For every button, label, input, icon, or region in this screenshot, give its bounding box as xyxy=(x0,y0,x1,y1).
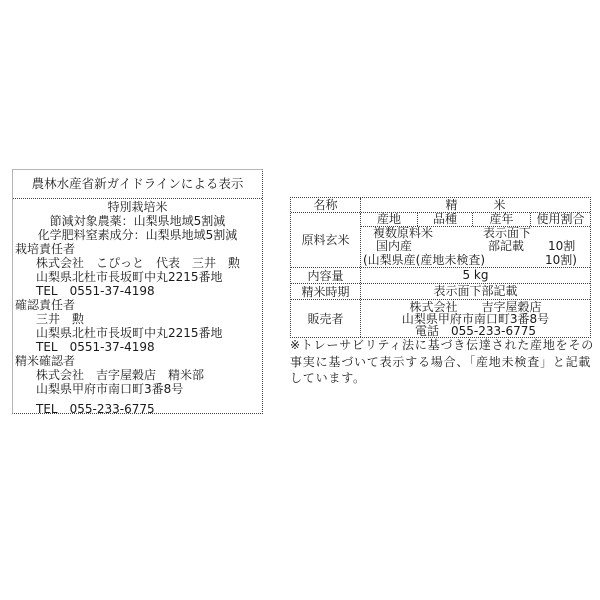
ratio-value-1: 10割 xyxy=(548,240,575,254)
milling-date-label: 精米時期 xyxy=(291,284,361,299)
miller-tel-line: TEL 055-233-6775 xyxy=(13,402,262,416)
origin-column-header: 産地 xyxy=(361,213,417,226)
rice-label-table: 名称 精 米 原料玄米 産地 品種 産年 使用割合 複数原料米 表示面下 国内産… xyxy=(290,197,591,338)
name-label: 名称 xyxy=(291,198,361,212)
grower-tel-line: TEL 0551-37-4198 xyxy=(13,284,262,298)
ratio-column-header: 使用割合 xyxy=(530,213,590,226)
traceability-note-line-2: 事実に基づいて表示する場合、「産地未検査」と記載 xyxy=(290,354,594,371)
milling-date-row: 精米時期 表示面下部記載 xyxy=(291,283,590,299)
miller-company-line: 株式会社 吉字屋穀店 精米部 xyxy=(13,368,262,382)
raw-rice-details: 産地 品種 産年 使用割合 複数原料米 表示面下 国内産 部記載 10割 (山梨… xyxy=(361,213,590,267)
confirmer-address-line: 山梨県北杜市長坂町中丸2215番地 xyxy=(13,326,262,340)
grower-heading: 栽培責任者 xyxy=(13,242,262,256)
miller-address-line: 山梨県甲府市南口町3番8号 xyxy=(13,382,262,396)
fertilizer-reduction-line: 化学肥料窒素成分：山梨県地域5割減 xyxy=(13,228,262,242)
net-content-label: 内容量 xyxy=(291,268,361,283)
raw-rice-line-2: 国内産 部記載 10割 xyxy=(361,240,590,253)
traceability-note: ※トレーサビリティ法に基づき伝達された産地をその 事実に基づいて表示する場合、「… xyxy=(290,337,594,387)
distributor-row: 販売者 株式会社 吉字屋穀店 山梨県甲府市南口町3番8号 電話 055-233-… xyxy=(291,299,590,337)
traceability-note-line-3: しています。 xyxy=(290,370,594,387)
guideline-panel-body: 特別栽培米 節減対象農薬：山梨県地域5割減 化学肥料窒素成分：山梨県地域5割減 … xyxy=(13,199,262,416)
name-value: 精 米 xyxy=(361,198,590,212)
domestic-origin-text: 国内産 xyxy=(376,240,412,254)
miller-heading: 精米確認者 xyxy=(13,354,262,368)
grower-company-line: 株式会社 こぴっと 代表 三井 勲 xyxy=(13,256,262,270)
raw-rice-line-3: (山梨県産(産地未検査) 10割) xyxy=(361,254,590,267)
raw-rice-column-headers: 産地 品種 産年 使用割合 xyxy=(361,213,590,227)
display-note-part-2: 部記載 xyxy=(488,240,524,254)
raw-rice-label: 原料玄米 xyxy=(291,213,361,267)
distributor-details: 株式会社 吉字屋穀店 山梨県甲府市南口町3番8号 電話 055-233-6775 xyxy=(361,300,590,337)
yamanashi-origin-text: (山梨県産(産地未検査) xyxy=(363,254,485,268)
distributor-label: 販売者 xyxy=(291,300,361,337)
confirmer-heading: 確認責任者 xyxy=(13,298,262,312)
name-row: 名称 精 米 xyxy=(291,198,590,212)
confirmer-tel-line: TEL 0551-37-4198 xyxy=(13,340,262,354)
distributor-phone-line: 電話 055-233-6775 xyxy=(361,325,590,337)
cultivation-type-line: 特別栽培米 xyxy=(13,200,262,214)
traceability-note-line-1: ※トレーサビリティ法に基づき伝達された産地をその xyxy=(290,337,594,354)
ratio-value-2: 10割) xyxy=(545,254,577,268)
maff-guideline-panel: 農林水産省新ガイドラインによる表示 特別栽培米 節減対象農薬：山梨県地域5割減 … xyxy=(12,169,263,414)
milling-date-value: 表示面下部記載 xyxy=(361,284,590,299)
net-content-row: 内容量 5 kg xyxy=(291,267,590,283)
guideline-panel-title: 農林水産省新ガイドラインによる表示 xyxy=(13,170,262,199)
product-label-image: 農林水産省新ガイドラインによる表示 特別栽培米 節減対象農薬：山梨県地域5割減 … xyxy=(0,0,600,600)
pesticide-reduction-line: 節減対象農薬：山梨県地域5割減 xyxy=(13,214,262,228)
confirmer-name-line: 三井 勲 xyxy=(13,312,262,326)
net-content-value: 5 kg xyxy=(361,268,590,283)
variety-column-header: 品種 xyxy=(417,213,472,226)
year-column-header: 産年 xyxy=(472,213,530,226)
grower-address-line: 山梨県北杜市長坂町中丸2215番地 xyxy=(13,270,262,284)
raw-rice-row: 原料玄米 産地 品種 産年 使用割合 複数原料米 表示面下 国内産 部記載 10… xyxy=(291,212,590,267)
